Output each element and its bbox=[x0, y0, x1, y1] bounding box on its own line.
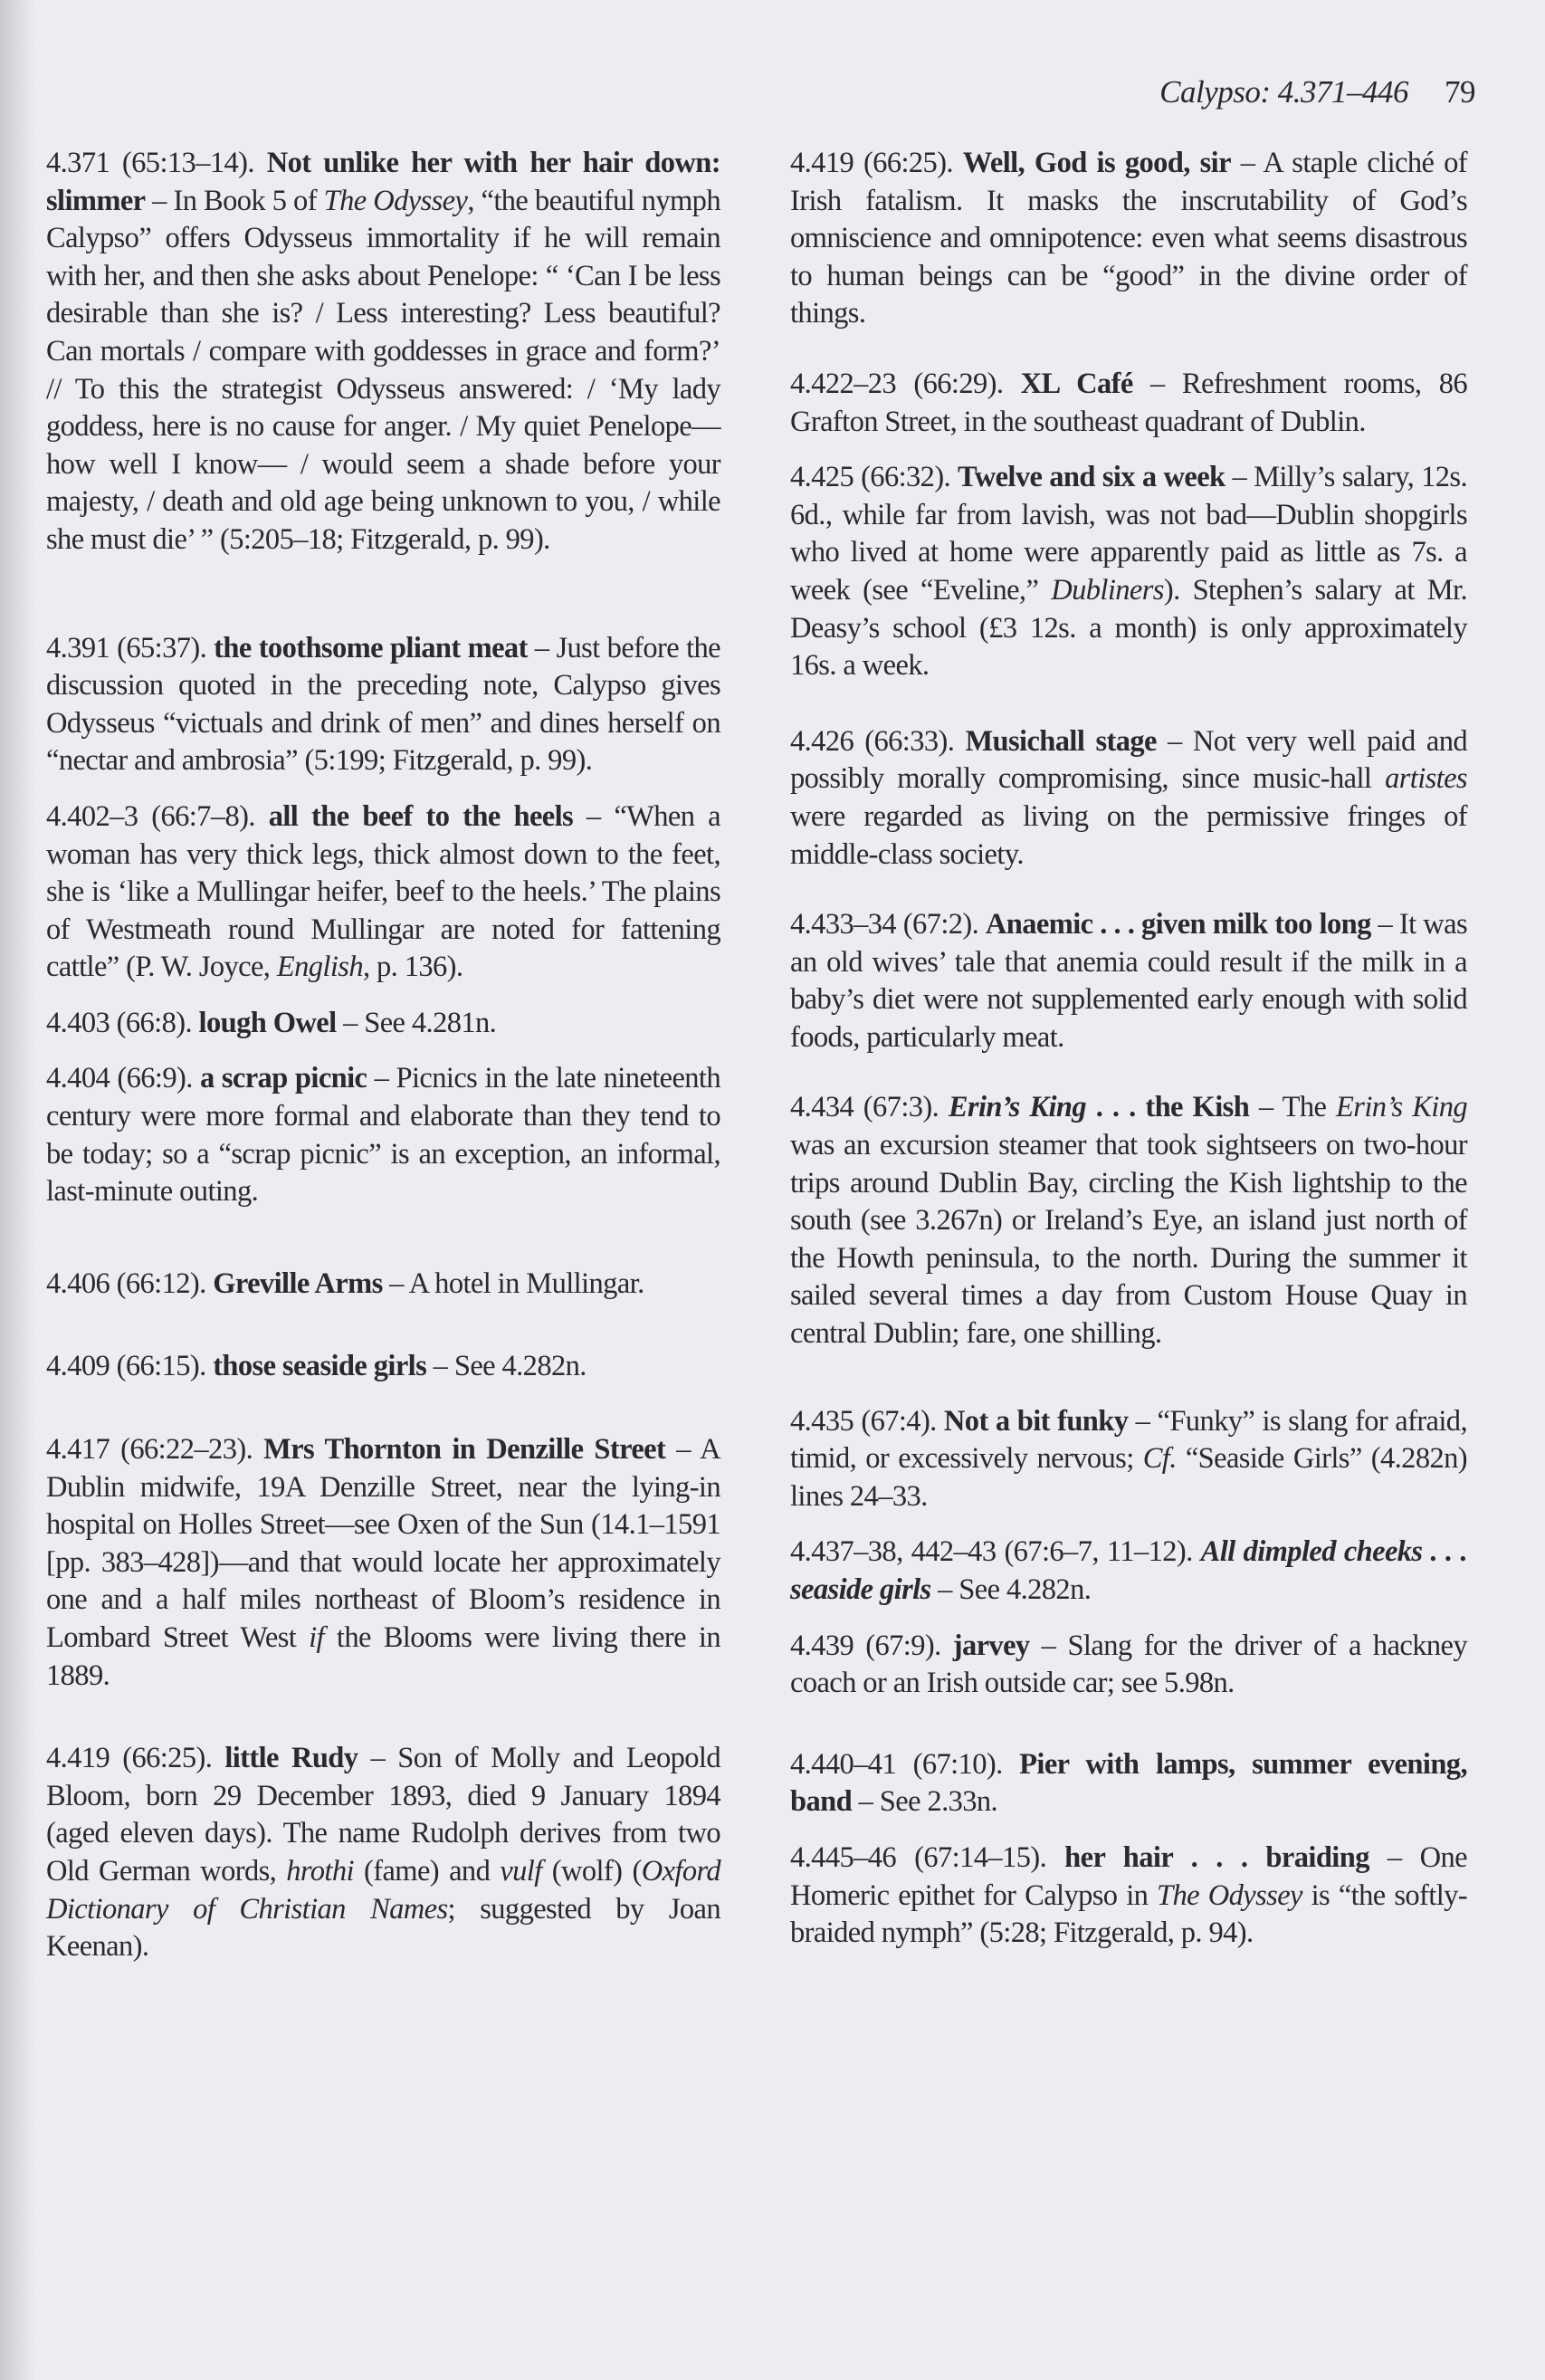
italic-title: vulf bbox=[500, 1855, 541, 1888]
italic-title: Cf. bbox=[1143, 1442, 1177, 1475]
gloss-text: – See 4.282n. bbox=[931, 1573, 1092, 1606]
gloss-text: – A hotel in Mullingar. bbox=[383, 1267, 644, 1300]
annotation-entry: 4.404 (66:9). a scrap picnic – Picnics i… bbox=[46, 1060, 720, 1210]
lemma: Mrs Thornton in Denzille Street bbox=[263, 1433, 665, 1466]
lemma: those seaside girls bbox=[213, 1350, 426, 1382]
gloss-text: (wolf) ( bbox=[542, 1855, 642, 1888]
gloss-text: – See 2.33n. bbox=[852, 1785, 997, 1818]
annotation-entry: 4.439 (67:9). jarvey – Slang for the dri… bbox=[790, 1628, 1467, 1703]
line-reference: 4.439 (67:9). bbox=[790, 1630, 953, 1662]
line-reference: 4.426 (66:33). bbox=[790, 725, 965, 758]
line-reference: 4.371 (65:13–14). bbox=[46, 147, 267, 179]
page-number: 79 bbox=[1445, 74, 1475, 110]
annotation-entry: 4.419 (66:25). little Rudy – Son of Moll… bbox=[46, 1740, 720, 1966]
gloss-text: , p. 136). bbox=[363, 951, 463, 983]
lemma: . . . the Kish bbox=[1086, 1091, 1249, 1123]
annotation-entry: 4.435 (67:4). Not a bit funky – “Funky” … bbox=[790, 1403, 1467, 1516]
annotation-entry: 4.422–23 (66:29). XL Café – Refreshment … bbox=[790, 366, 1467, 441]
left-column: 4.371 (65:13–14). Not unlike her with he… bbox=[46, 145, 720, 1966]
line-reference: 4.403 (66:8). bbox=[46, 1007, 199, 1039]
annotation-entry: 4.426 (66:33). Musichall stage – Not ver… bbox=[790, 723, 1467, 874]
italic-title: hrothi bbox=[286, 1855, 354, 1888]
italic-title: Erin’s King bbox=[1336, 1091, 1467, 1123]
annotation-entry: 4.433–34 (67:2). Anaemic . . . given mil… bbox=[790, 906, 1467, 1056]
italic-title: The Odyssey bbox=[324, 185, 468, 217]
lemma: the toothsome pliant meat bbox=[214, 632, 528, 664]
line-reference: 4.409 (66:15). bbox=[46, 1350, 213, 1382]
annotation-entry: 4.417 (66:22–23). Mrs Thornton in Denzil… bbox=[46, 1431, 720, 1695]
line-reference: 4.419 (66:25). bbox=[790, 147, 963, 179]
italic-title: The Odyssey bbox=[1157, 1879, 1302, 1912]
annotation-entry: 4.371 (65:13–14). Not unlike her with he… bbox=[46, 145, 720, 559]
lemma: Anaemic . . . given milk too long bbox=[986, 908, 1371, 941]
lemma: lough Owel bbox=[199, 1007, 337, 1039]
gloss-text: – See 4.281n. bbox=[337, 1007, 497, 1039]
lemma: Twelve and six a week bbox=[958, 461, 1225, 493]
lemma: little Rudy bbox=[224, 1742, 358, 1774]
lemma: Not a bit funky bbox=[944, 1405, 1128, 1438]
annotation-entry: 4.409 (66:15). those seaside girls – See… bbox=[46, 1348, 720, 1386]
line-reference: 4.406 (66:12). bbox=[46, 1267, 213, 1300]
line-reference: 4.402–3 (66:7–8). bbox=[46, 800, 269, 833]
italic-title: Dubliners bbox=[1051, 574, 1164, 607]
gloss-text: were regarded as living on the permissiv… bbox=[790, 800, 1467, 871]
gloss-text: (fame) and bbox=[354, 1855, 500, 1888]
line-reference: 4.440–41 (67:10). bbox=[790, 1748, 1019, 1781]
lemma: Erin’s King bbox=[949, 1091, 1086, 1123]
annotation-entry: 4.440–41 (67:10). Pier with lamps, summe… bbox=[790, 1746, 1467, 1821]
lemma: Greville Arms bbox=[213, 1267, 382, 1300]
annotation-entry: 4.406 (66:12). Greville Arms – A hotel i… bbox=[46, 1266, 720, 1304]
gloss-text: – The bbox=[1249, 1091, 1336, 1123]
gloss-text: – In Book 5 of bbox=[146, 185, 324, 217]
italic-title: artistes bbox=[1385, 762, 1467, 795]
right-column: 4.419 (66:25). Well, God is good, sir – … bbox=[790, 145, 1467, 1953]
line-reference: 4.425 (66:32). bbox=[790, 461, 958, 493]
annotation-entry: 4.425 (66:32). Twelve and six a week – M… bbox=[790, 459, 1467, 685]
line-reference: 4.434 (67:3). bbox=[790, 1091, 949, 1123]
italic-title: English bbox=[277, 951, 363, 983]
lemma: all the beef to the heels bbox=[269, 800, 573, 833]
annotation-entry: 4.437–38, 442–43 (67:6–7, 11–12). All di… bbox=[790, 1534, 1467, 1609]
line-reference: 4.445–46 (67:14–15). bbox=[790, 1841, 1064, 1874]
gloss-text: – See 4.282n. bbox=[426, 1350, 587, 1382]
annotation-entry: 4.434 (67:3). Erin’s King . . . the Kish… bbox=[790, 1089, 1467, 1352]
annotation-entry: 4.419 (66:25). Well, God is good, sir – … bbox=[790, 145, 1467, 333]
line-reference: 4.422–23 (66:29). bbox=[790, 368, 1021, 400]
lemma: Well, God is good, sir bbox=[963, 147, 1231, 179]
book-gutter-shadow bbox=[0, 0, 36, 2380]
lemma: jarvey bbox=[953, 1630, 1030, 1662]
lemma: XL Café bbox=[1021, 368, 1133, 400]
line-reference: 4.404 (66:9). bbox=[46, 1062, 200, 1094]
line-reference: 4.437–38, 442–43 (67:6–7, 11–12). bbox=[790, 1535, 1201, 1568]
line-reference: 4.417 (66:22–23). bbox=[46, 1433, 263, 1466]
italic-title: if bbox=[309, 1621, 324, 1654]
gloss-text: was an excursion steamer that took sight… bbox=[790, 1129, 1467, 1350]
lemma: Musichall stage bbox=[965, 725, 1156, 758]
annotation-entry: 4.445–46 (67:14–15). her hair . . . brai… bbox=[790, 1840, 1467, 1953]
line-reference: 4.419 (66:25). bbox=[46, 1742, 224, 1774]
lemma: her hair . . . braiding bbox=[1064, 1841, 1369, 1874]
line-reference: 4.433–34 (67:2). bbox=[790, 908, 986, 941]
line-reference: 4.391 (65:37). bbox=[46, 632, 214, 664]
running-head-title: Calypso: 4.371–446 bbox=[1159, 74, 1408, 110]
annotation-entry: 4.402–3 (66:7–8). all the beef to the he… bbox=[46, 798, 720, 987]
line-reference: 4.435 (67:4). bbox=[790, 1405, 944, 1438]
gloss-text: , “the beautiful nymph Calypso” offers O… bbox=[46, 185, 720, 556]
annotation-entry: 4.403 (66:8). lough Owel – See 4.281n. bbox=[46, 1005, 720, 1043]
lemma: a scrap picnic bbox=[200, 1062, 367, 1094]
running-head: Calypso: 4.371–446 79 bbox=[1159, 74, 1475, 110]
annotation-entry: 4.391 (65:37). the toothsome pliant meat… bbox=[46, 630, 720, 780]
